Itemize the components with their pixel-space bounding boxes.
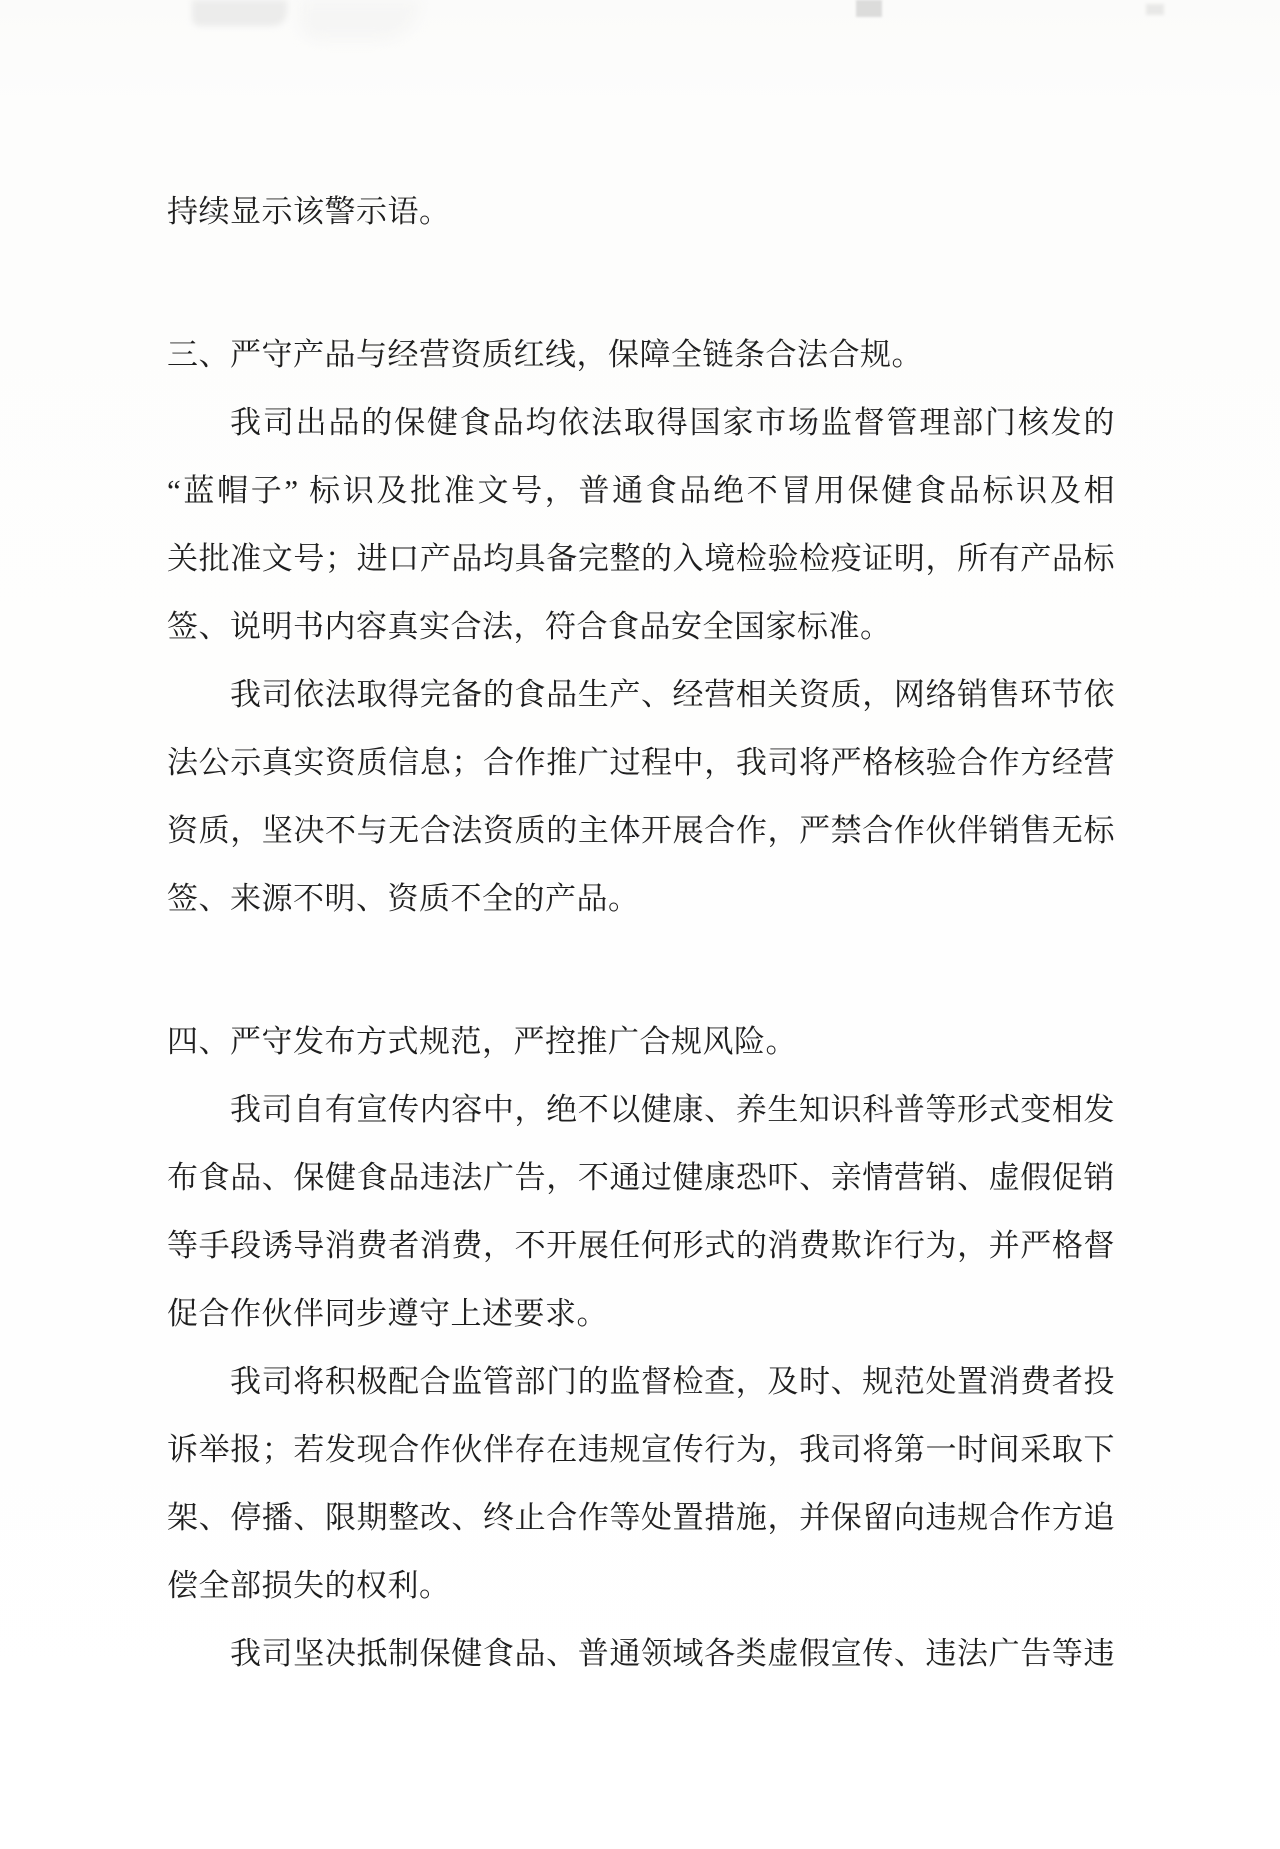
text-line: 签、来源不明、资质不全的产品。: [167, 865, 1115, 933]
section-heading: 四、严守发布方式规范，严控推广合规风险。: [167, 1008, 1115, 1076]
text-line: 架、停播、限期整改、终止合作等处置措施，并保留向违规合作方追: [167, 1484, 1115, 1552]
text-line: 偿全部损失的权利。: [167, 1552, 1115, 1620]
text-line: “蓝帽子” 标识及批准文号，普通食品绝不冒用保健食品标识及相: [167, 457, 1115, 525]
text-line: 持续显示该警示语。: [167, 178, 1115, 246]
text-line: 我司出品的保健食品均依法取得国家市场监督管理部门核发的: [167, 389, 1115, 457]
scan-mark-artifact: [856, 0, 882, 17]
text-line: 我司依法取得完备的食品生产、经营相关资质，网络销售环节依: [167, 661, 1115, 729]
text-line: 诉举报；若发现合作伙伴存在违规宣传行为，我司将第一时间采取下: [167, 1416, 1115, 1484]
scan-mark-artifact: [1146, 4, 1164, 15]
text-line: 资质，坚决不与无合法资质的主体开展合作，严禁合作伙伴销售无标: [167, 797, 1115, 865]
text-line: 布食品、保健食品违法广告，不通过健康恐吓、亲情营销、虚假促销: [167, 1144, 1115, 1212]
text-line: 我司将积极配合监管部门的监督检查，及时、规范处置消费者投: [167, 1348, 1115, 1416]
scan-smudge-artifact: [300, 0, 420, 40]
text-line: 等手段诱导消费者消费，不开展任何形式的消费欺诈行为，并严格督: [167, 1212, 1115, 1280]
text-line: 我司坚决抵制保健食品、普通领域各类虚假宣传、违法广告等违: [167, 1620, 1115, 1688]
text-line: 法公示真实资质信息；合作推广过程中，我司将严格核验合作方经营: [167, 729, 1115, 797]
text-line: 签、说明书内容真实合法，符合食品安全国家标准。: [167, 593, 1115, 661]
text-line: 关批准文号；进口产品均具备完整的入境检验检疫证明，所有产品标: [167, 525, 1115, 593]
scan-smudge-artifact: [192, 0, 287, 26]
document-body: 持续显示该警示语。三、严守产品与经营资质红线，保障全链条合法合规。我司出品的保健…: [167, 178, 1115, 1688]
text-line: 促合作伙伴同步遵守上述要求。: [167, 1280, 1115, 1348]
scanned-document-page: 持续显示该警示语。三、严守产品与经营资质红线，保障全链条合法合规。我司出品的保健…: [0, 0, 1280, 1849]
section-heading: 三、严守产品与经营资质红线，保障全链条合法合规。: [167, 321, 1115, 389]
text-line: 我司自有宣传内容中，绝不以健康、养生知识科普等形式变相发: [167, 1076, 1115, 1144]
